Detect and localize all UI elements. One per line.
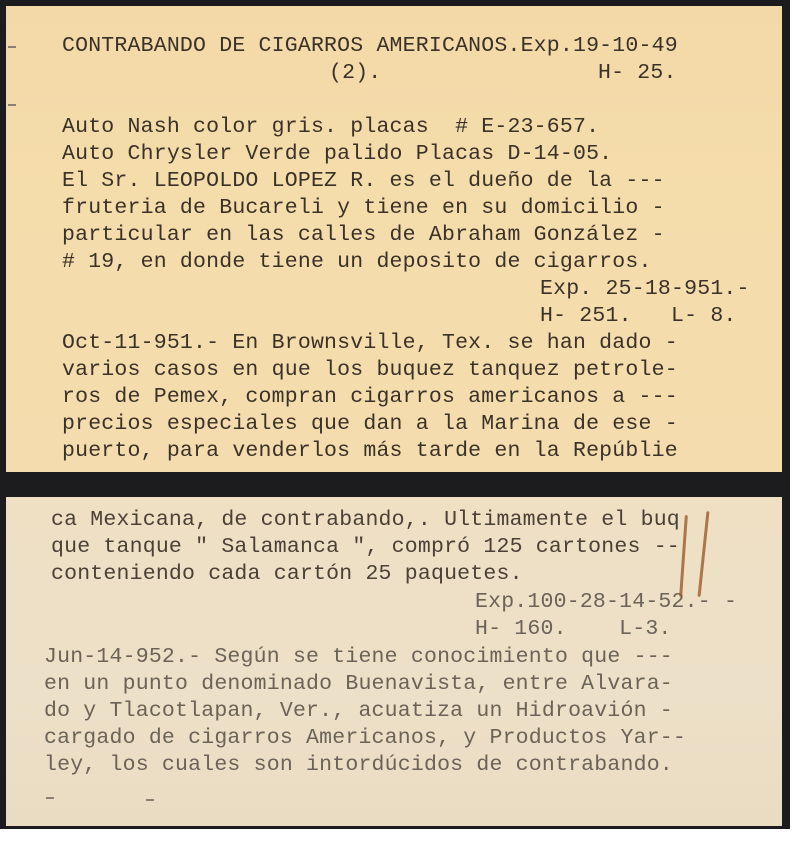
text-line: do y Tlacotlapan, Ver., acuatiza un Hidr… <box>44 698 673 725</box>
text-line: Oct-11-951.- En Brownsville, Tex. se han… <box>62 330 678 357</box>
text-line: ley, los cuales son intordúcidos de cont… <box>44 752 673 779</box>
pencil-mark-left <box>679 515 688 597</box>
index-card-top: CONTRABANDO DE CIGARROS AMERICANOS.Exp.1… <box>6 6 782 472</box>
text-line: particular en las calles de Abraham Gonz… <box>62 222 665 249</box>
text-line: El Sr. LEOPOLDO LOPEZ R. es el dueño de … <box>62 168 665 195</box>
text-line: precios especiales que dan a la Marina d… <box>62 411 678 438</box>
margin-tick <box>146 799 154 801</box>
text-line: Jun-14-952.- Según se tiene conocimiento… <box>44 644 673 671</box>
folio-reference: H- 160. L-3. <box>475 616 672 643</box>
text-line: # 19, en donde tiene un deposito de ciga… <box>62 249 652 276</box>
folio-reference: H- 251. L- 8. <box>540 303 737 330</box>
text-line: Auto Nash color gris. placas # E-23-657. <box>62 114 599 141</box>
card-header-sub-right: H- 25. <box>598 60 677 87</box>
margin-tick <box>46 797 54 799</box>
exp-reference: Exp. 25-18-951.- <box>540 276 750 303</box>
text-line: Auto Chrysler Verde palido Placas D-14-0… <box>62 141 612 168</box>
text-line: en un punto denominado Buenavista, entre… <box>44 671 673 698</box>
text-line: varios casos en que los buquez tanquez p… <box>62 357 678 384</box>
text-line: puerto, para venderlos más tarde en la R… <box>62 438 678 465</box>
text-line: ros de Pemex, compran cigarros americano… <box>62 384 678 411</box>
text-line: que tanque " Salamanca ", compró 125 car… <box>51 534 680 561</box>
text-line: conteniendo cada cartón 25 paquetes. <box>51 561 523 588</box>
margin-tick <box>8 46 16 48</box>
text-line: cargado de cigarros Americanos, y Produc… <box>44 725 686 752</box>
card-header-title: CONTRABANDO DE CIGARROS AMERICANOS.Exp.1… <box>62 33 678 60</box>
text-line: fruteria de Bucareli y tiene en su domic… <box>62 195 665 222</box>
index-card-bottom: ca Mexicana, de contrabando,. Ultimament… <box>6 497 782 826</box>
text-line: ca Mexicana, de contrabando,. Ultimament… <box>51 507 680 534</box>
margin-tick <box>8 104 16 106</box>
card-header-sub-left: (2). <box>329 60 381 87</box>
pencil-mark-right <box>698 511 710 597</box>
